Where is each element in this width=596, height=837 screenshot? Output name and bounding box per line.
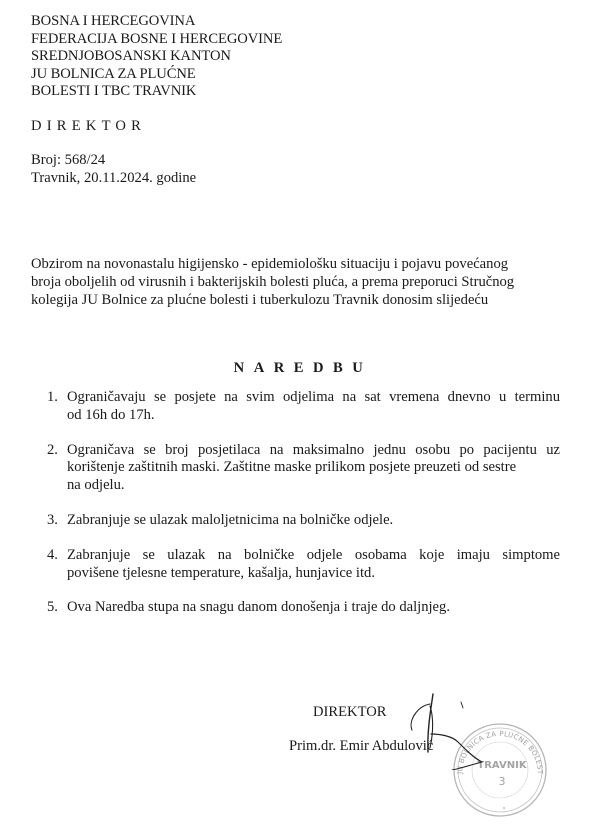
header-line: JU BOLNICA ZA PLUĆNE — [31, 66, 282, 84]
intro-line: Obzirom na novonastalu higijensko - epid… — [31, 256, 561, 274]
order-title: NAREDBU — [0, 360, 596, 377]
item-text: Zabranjuje se ulazak maloljetnicima na b… — [67, 512, 560, 530]
intro-line: kolegija JU Bolnice za plućne bolesti i … — [31, 292, 561, 310]
signatory-title: DIREKTOR — [313, 704, 387, 721]
item-line: od 16h do 17h. — [67, 407, 560, 425]
order-item: 1. Ograničavaju se posjete na svim odjel… — [40, 389, 560, 425]
intro-line: broja oboljelih od virusnih i bakterijsk… — [31, 274, 561, 292]
stamp-center-text: TRAVNIK — [477, 760, 527, 771]
header-line: BOLESTI I TBC TRAVNIK — [31, 83, 282, 101]
institution-header: BOSNA I HERCEGOVINA FEDERACIJA BOSNE I H… — [31, 13, 282, 101]
item-line: Zabranjuje se ulazak na bolničke odjele … — [67, 547, 560, 565]
item-number: 5. — [47, 599, 58, 617]
item-number: 1. — [47, 389, 58, 407]
item-number: 2. — [47, 442, 58, 460]
item-line: korištenje zaštitnih maski. Zaštitne mas… — [67, 459, 560, 477]
issuer-title: DIREKTOR — [31, 118, 146, 135]
item-number: 4. — [47, 547, 58, 565]
reference-block: Broj: 568/24 Travnik, 20.11.2024. godine — [31, 152, 196, 187]
item-line: Ograničavaju se posjete na svim odjelima… — [67, 389, 560, 407]
stamp-arc-text: JU BOLNICA ZA PLUĆNE BOLESTI I TBC — [444, 718, 544, 775]
order-item: 4. Zabranjuje se ulazak na bolničke odje… — [40, 547, 560, 583]
reference-number: Broj: 568/24 — [31, 152, 196, 170]
order-item: 3. Zabranjuje se ulazak maloljetnicima n… — [40, 512, 560, 530]
item-line: Ograničava se broj posjetilaca na maksim… — [67, 442, 560, 460]
signatory-name: Prim.dr. Emir Abdulović — [289, 738, 433, 755]
item-line: na odjelu. — [67, 477, 560, 495]
item-text: Zabranjuje se ulazak na bolničke odjele … — [67, 547, 560, 583]
order-item: 2. Ograničava se broj posjetilaca na mak… — [40, 442, 560, 495]
item-line: Ova Naredba stupa na snagu danom donošen… — [67, 599, 560, 617]
intro-paragraph: Obzirom na novonastalu higijensko - epid… — [31, 256, 561, 309]
document-page: BOSNA I HERCEGOVINA FEDERACIJA BOSNE I H… — [0, 0, 596, 837]
item-text: Ograničava se broj posjetilaca na maksim… — [67, 442, 560, 495]
item-line: povišene tjelesne temperature, kašalja, … — [67, 565, 560, 583]
handwritten-signature-icon — [400, 690, 510, 770]
place-date: Travnik, 20.11.2024. godine — [31, 170, 196, 188]
svg-text:JU BOLNICA ZA PLUĆNE BOLESTI I: JU BOLNICA ZA PLUĆNE BOLESTI I TBC — [444, 718, 544, 775]
item-text: Ograničavaju se posjete na svim odjelima… — [67, 389, 560, 425]
item-line: Zabranjuje se ulazak maloljetnicima na b… — [67, 512, 560, 530]
item-text: Ova Naredba stupa na snagu danom donošen… — [67, 599, 560, 617]
official-stamp-icon: JU BOLNICA ZA PLUĆNE BOLESTI I TBC TRAVN… — [444, 718, 556, 820]
header-line: BOSNA I HERCEGOVINA — [31, 13, 282, 31]
stamp-number: 3 — [499, 775, 506, 788]
item-number: 3. — [47, 512, 58, 530]
order-item: 5. Ova Naredba stupa na snagu danom dono… — [40, 599, 560, 617]
header-line: FEDERACIJA BOSNE I HERCEGOVINE — [31, 31, 282, 49]
order-list: 1. Ograničavaju se posjete na svim odjel… — [40, 389, 560, 617]
header-line: SREDNJOBOSANSKI KANTON — [31, 48, 282, 66]
